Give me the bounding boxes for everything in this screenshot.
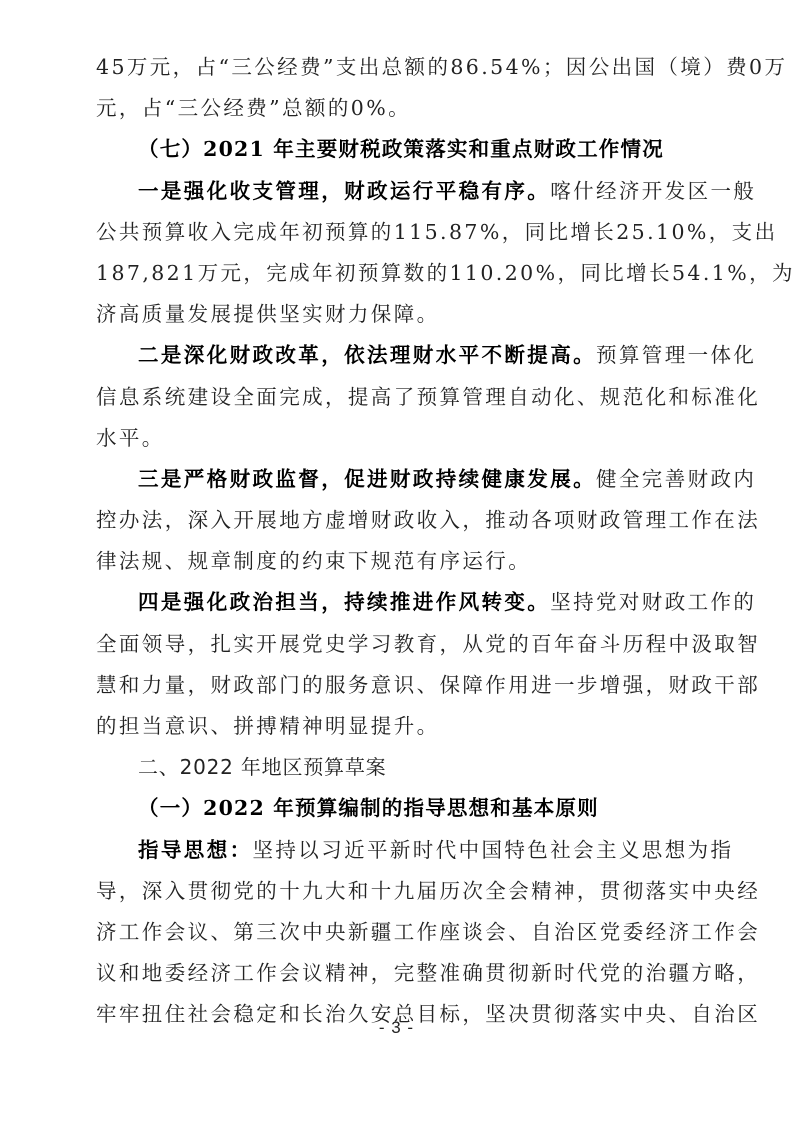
paragraph-line: 二是深化财政改革，依法理财水平不断提高。预算管理一体化: [96, 335, 706, 376]
document-page: 45万元，占“三公经费”支出总额的86.54%；因公出国（境）费0万 元，占“三…: [96, 47, 706, 1036]
paragraph-text: 健全完善财政内: [596, 467, 756, 491]
paragraph-line: 济高质量发展提供坚实财力保障。: [96, 294, 706, 335]
paragraph-line: 慧和力量，财政部门的服务意识、保障作用进一步增强，财政干部: [96, 665, 706, 706]
paragraph-line: 四是强化政治担当，持续推进作风转变。坚持党对财政工作的: [96, 582, 706, 623]
paragraph-line: 的担当意识、拼搏精神明显提升。: [96, 706, 706, 747]
point-heading-3: 三是严格财政监督，促进财政持续健康发展。: [138, 467, 596, 491]
paragraph-line: 导，深入贯彻党的十九大和十九届历次全会精神，贯彻落实中央经: [96, 871, 706, 912]
paragraph-line: 全面领导，扎实开展党史学习教育，从党的百年奋斗历程中汲取智: [96, 624, 706, 665]
paragraph-line: 指导思想：坚持以习近平新时代中国特色社会主义思想为指: [96, 830, 706, 871]
paragraph-line: 济工作会议、第三次中央新疆工作座谈会、自治区党委经济工作会: [96, 912, 706, 953]
paragraph-line: 一是强化收支管理，财政运行平稳有序。喀什经济开发区一般: [96, 171, 706, 212]
point-heading-2: 二是深化财政改革，依法理财水平不断提高。: [138, 343, 596, 367]
point-heading-4: 四是强化政治担当，持续推进作风转变。: [138, 590, 550, 614]
paragraph-line: 公共预算收入完成年初预算的115.87%，同比增长25.10%，支出: [96, 212, 706, 253]
paragraph-line: 议和地委经济工作会议精神，完整准确贯彻新时代党的治疆方略，: [96, 953, 706, 994]
section-heading-2: 二、2022 年地区预算草案: [96, 747, 706, 788]
page-number: - 3 -: [0, 1018, 793, 1038]
subsection-heading-7: （七）2021 年主要财税政策落实和重点财政工作情况: [96, 129, 706, 170]
paragraph-line: 元，占“三公经费”总额的0%。: [96, 88, 706, 129]
point-heading-1: 一是强化收支管理，财政运行平稳有序。: [138, 179, 550, 203]
paragraph-line: 信息系统建设全面完成，提高了预算管理自动化、规范化和标准化: [96, 377, 706, 418]
paragraph-line: 水平。: [96, 418, 706, 459]
paragraph-line: 187,821万元，完成年初预算数的110.20%，同比增长54.1%，为经: [96, 253, 706, 294]
paragraph-line: 律法规、规章制度的约束下规范有序运行。: [96, 541, 706, 582]
paragraph-text: 坚持党对财政工作的: [550, 590, 756, 614]
subsection-heading-1: （一）2022 年预算编制的指导思想和基本原则: [96, 788, 706, 829]
paragraph-text: 坚持以习近平新时代中国特色社会主义思想为指: [253, 838, 734, 862]
guiding-ideology-label: 指导思想：: [138, 838, 253, 862]
paragraph-text: 预算管理一体化: [596, 343, 756, 367]
paragraph-line: 三是严格财政监督，促进财政持续健康发展。健全完善财政内: [96, 459, 706, 500]
paragraph-line: 控办法，深入开展地方虚增财政收入，推动各项财政管理工作在法: [96, 500, 706, 541]
paragraph-text: 喀什经济开发区一般: [550, 179, 756, 203]
paragraph-line: 45万元，占“三公经费”支出总额的86.54%；因公出国（境）费0万: [96, 47, 706, 88]
